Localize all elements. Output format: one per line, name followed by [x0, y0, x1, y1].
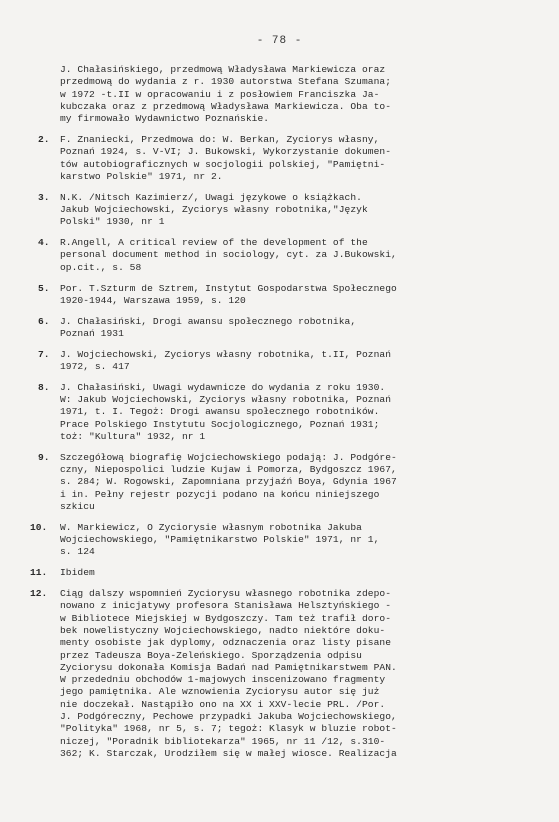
footnote-number: 9.	[38, 452, 50, 464]
footnote-text-line: menty osobiste jak dyplomy, odznaczenia …	[60, 637, 391, 649]
footnote-text-line: W: Jakub Wojciechowski, Zyciorys własny …	[60, 394, 391, 406]
footnote-text-line: "Polityka" 1968, nr 5, s. 7; tegoż: Klas…	[60, 723, 397, 735]
document-page: - 78 - J. Chałasińskiego, przedmową Wład…	[0, 0, 559, 822]
footnote-number: 12.	[30, 588, 47, 600]
footnote-text-line: Szczegółową biografię Wojciechowskiego p…	[60, 452, 397, 464]
footnote-continuation-line: J. Chałasińskiego, przedmową Władysława …	[60, 64, 385, 76]
footnote-number: 6.	[38, 316, 50, 328]
footnote-text-line: s. 124	[60, 546, 95, 558]
footnote-text-line: Poznań 1924, s. V-VI; J. Bukowski, Wykor…	[60, 146, 391, 158]
footnote-text-line: personal document method in sociology, c…	[60, 249, 397, 261]
footnote-text-line: J. Wojciechowski, Zyciorys własny robotn…	[60, 349, 391, 361]
footnote-number: 7.	[38, 349, 50, 361]
footnote-number: 10.	[30, 522, 47, 534]
footnote-text-line: jego pamiętnika. Ale wznowienia Zyciorys…	[60, 686, 379, 698]
footnote-text-line: W przededniu obchodów 1-majowych insceni…	[60, 674, 385, 686]
footnote-number: 3.	[38, 192, 50, 204]
footnote-text-line: W. Markiewicz, O Zyciorysie własnym robo…	[60, 522, 362, 534]
footnote-text-line: N.K. /Nitsch Kazimierz/, Uwagi językowe …	[60, 192, 362, 204]
footnote-text-line: niczej, "Poradnik bibliotekarza" 1965, n…	[60, 736, 385, 748]
footnote-text-line: Ibidem	[60, 567, 95, 579]
page-number: - 78 -	[0, 35, 559, 47]
footnote-text-line: tów autobiograficznych w socjologii pols…	[60, 159, 385, 171]
footnote-text-line: nowano z inicjatywy profesora Stanisława…	[60, 600, 391, 612]
footnote-continuation-line: my firmowało Wydawnictwo Poznańskie.	[60, 113, 269, 125]
footnote-text-line: 1972, s. 417	[60, 361, 130, 373]
footnote-text-line: Zyciorysu dokonała Komisja Badań nad Pam…	[60, 662, 397, 674]
footnote-text-line: J. Podgóreczny, Pechowe przypadki Jakuba…	[60, 711, 397, 723]
footnote-continuation-line: przedmową do wydania z r. 1930 autorstwa…	[60, 76, 391, 88]
footnote-text-line: szkicu	[60, 501, 95, 513]
footnote-text-line: Prace Polskiego Instytutu Socjologiczneg…	[60, 419, 379, 431]
footnote-text-line: czny, Niepospolici ludzie Kujaw i Pomorz…	[60, 464, 397, 476]
footnote-text-line: Por. T.Szturm de Sztrem, Instytut Gospod…	[60, 283, 397, 295]
footnote-text-line: karstwo Polskie" 1971, nr 2.	[60, 171, 223, 183]
footnote-text-line: bek nowelistyczny Wojciechowskiego, nadt…	[60, 625, 385, 637]
footnote-number: 8.	[38, 382, 50, 394]
footnote-text-line: F. Znaniecki, Przedmowa do: W. Berkan, Z…	[60, 134, 379, 146]
footnote-number: 11.	[30, 567, 47, 579]
footnote-text-line: 362; K. Starczak, Urodziłem się w małej …	[60, 748, 397, 760]
footnote-continuation-line: w 1972 -t.II w opracowaniu i z posłowiem…	[60, 89, 379, 101]
footnote-text-line: R.Angell, A critical review of the devel…	[60, 237, 368, 249]
footnote-text-line: op.cit., s. 58	[60, 262, 141, 274]
footnote-continuation-line: kubczaka oraz z przedmową Władysława Mar…	[60, 101, 391, 113]
footnote-text-line: nie doczekał. Nastąpiło ono na XX i XXV-…	[60, 699, 385, 711]
footnote-text-line: przez Tadeusza Boya-Zeleńskiego. Sporząd…	[60, 650, 362, 662]
footnote-text-line: toż: "Kultura" 1932, nr 1	[60, 431, 205, 443]
footnote-text-line: 1920-1944, Warszawa 1959, s. 120	[60, 295, 246, 307]
footnote-text-line: J. Chałasiński, Drogi awansu społecznego…	[60, 316, 356, 328]
footnote-text-line: i in. Pełny rejestr pozycji podano na ko…	[60, 489, 379, 501]
footnote-text-line: 1971, t. I. Tegoż: Drogi awansu społeczn…	[60, 406, 379, 418]
footnote-text-line: Poznań 1931	[60, 328, 124, 340]
footnote-number: 4.	[38, 237, 50, 249]
footnote-text-line: s. 284; W. Rogowski, Zapomniana przyjaźń…	[60, 476, 397, 488]
footnote-number: 2.	[38, 134, 50, 146]
footnote-text-line: Jakub Wojciechowski, Zyciorys własny rob…	[60, 204, 368, 216]
footnote-text-line: Ciąg dalszy wspomnień Zyciorysu własnego…	[60, 588, 391, 600]
footnote-text-line: Polski" 1930, nr 1	[60, 216, 165, 228]
footnote-text-line: J. Chałasiński, Uwagi wydawnicze do wyda…	[60, 382, 385, 394]
footnote-text-line: Wojciechowskiego, "Pamiętnikarstwo Polsk…	[60, 534, 379, 546]
footnote-text-line: w Bibliotece Miejskiej w Bydgoszczy. Tam…	[60, 613, 391, 625]
footnote-number: 5.	[38, 283, 50, 295]
